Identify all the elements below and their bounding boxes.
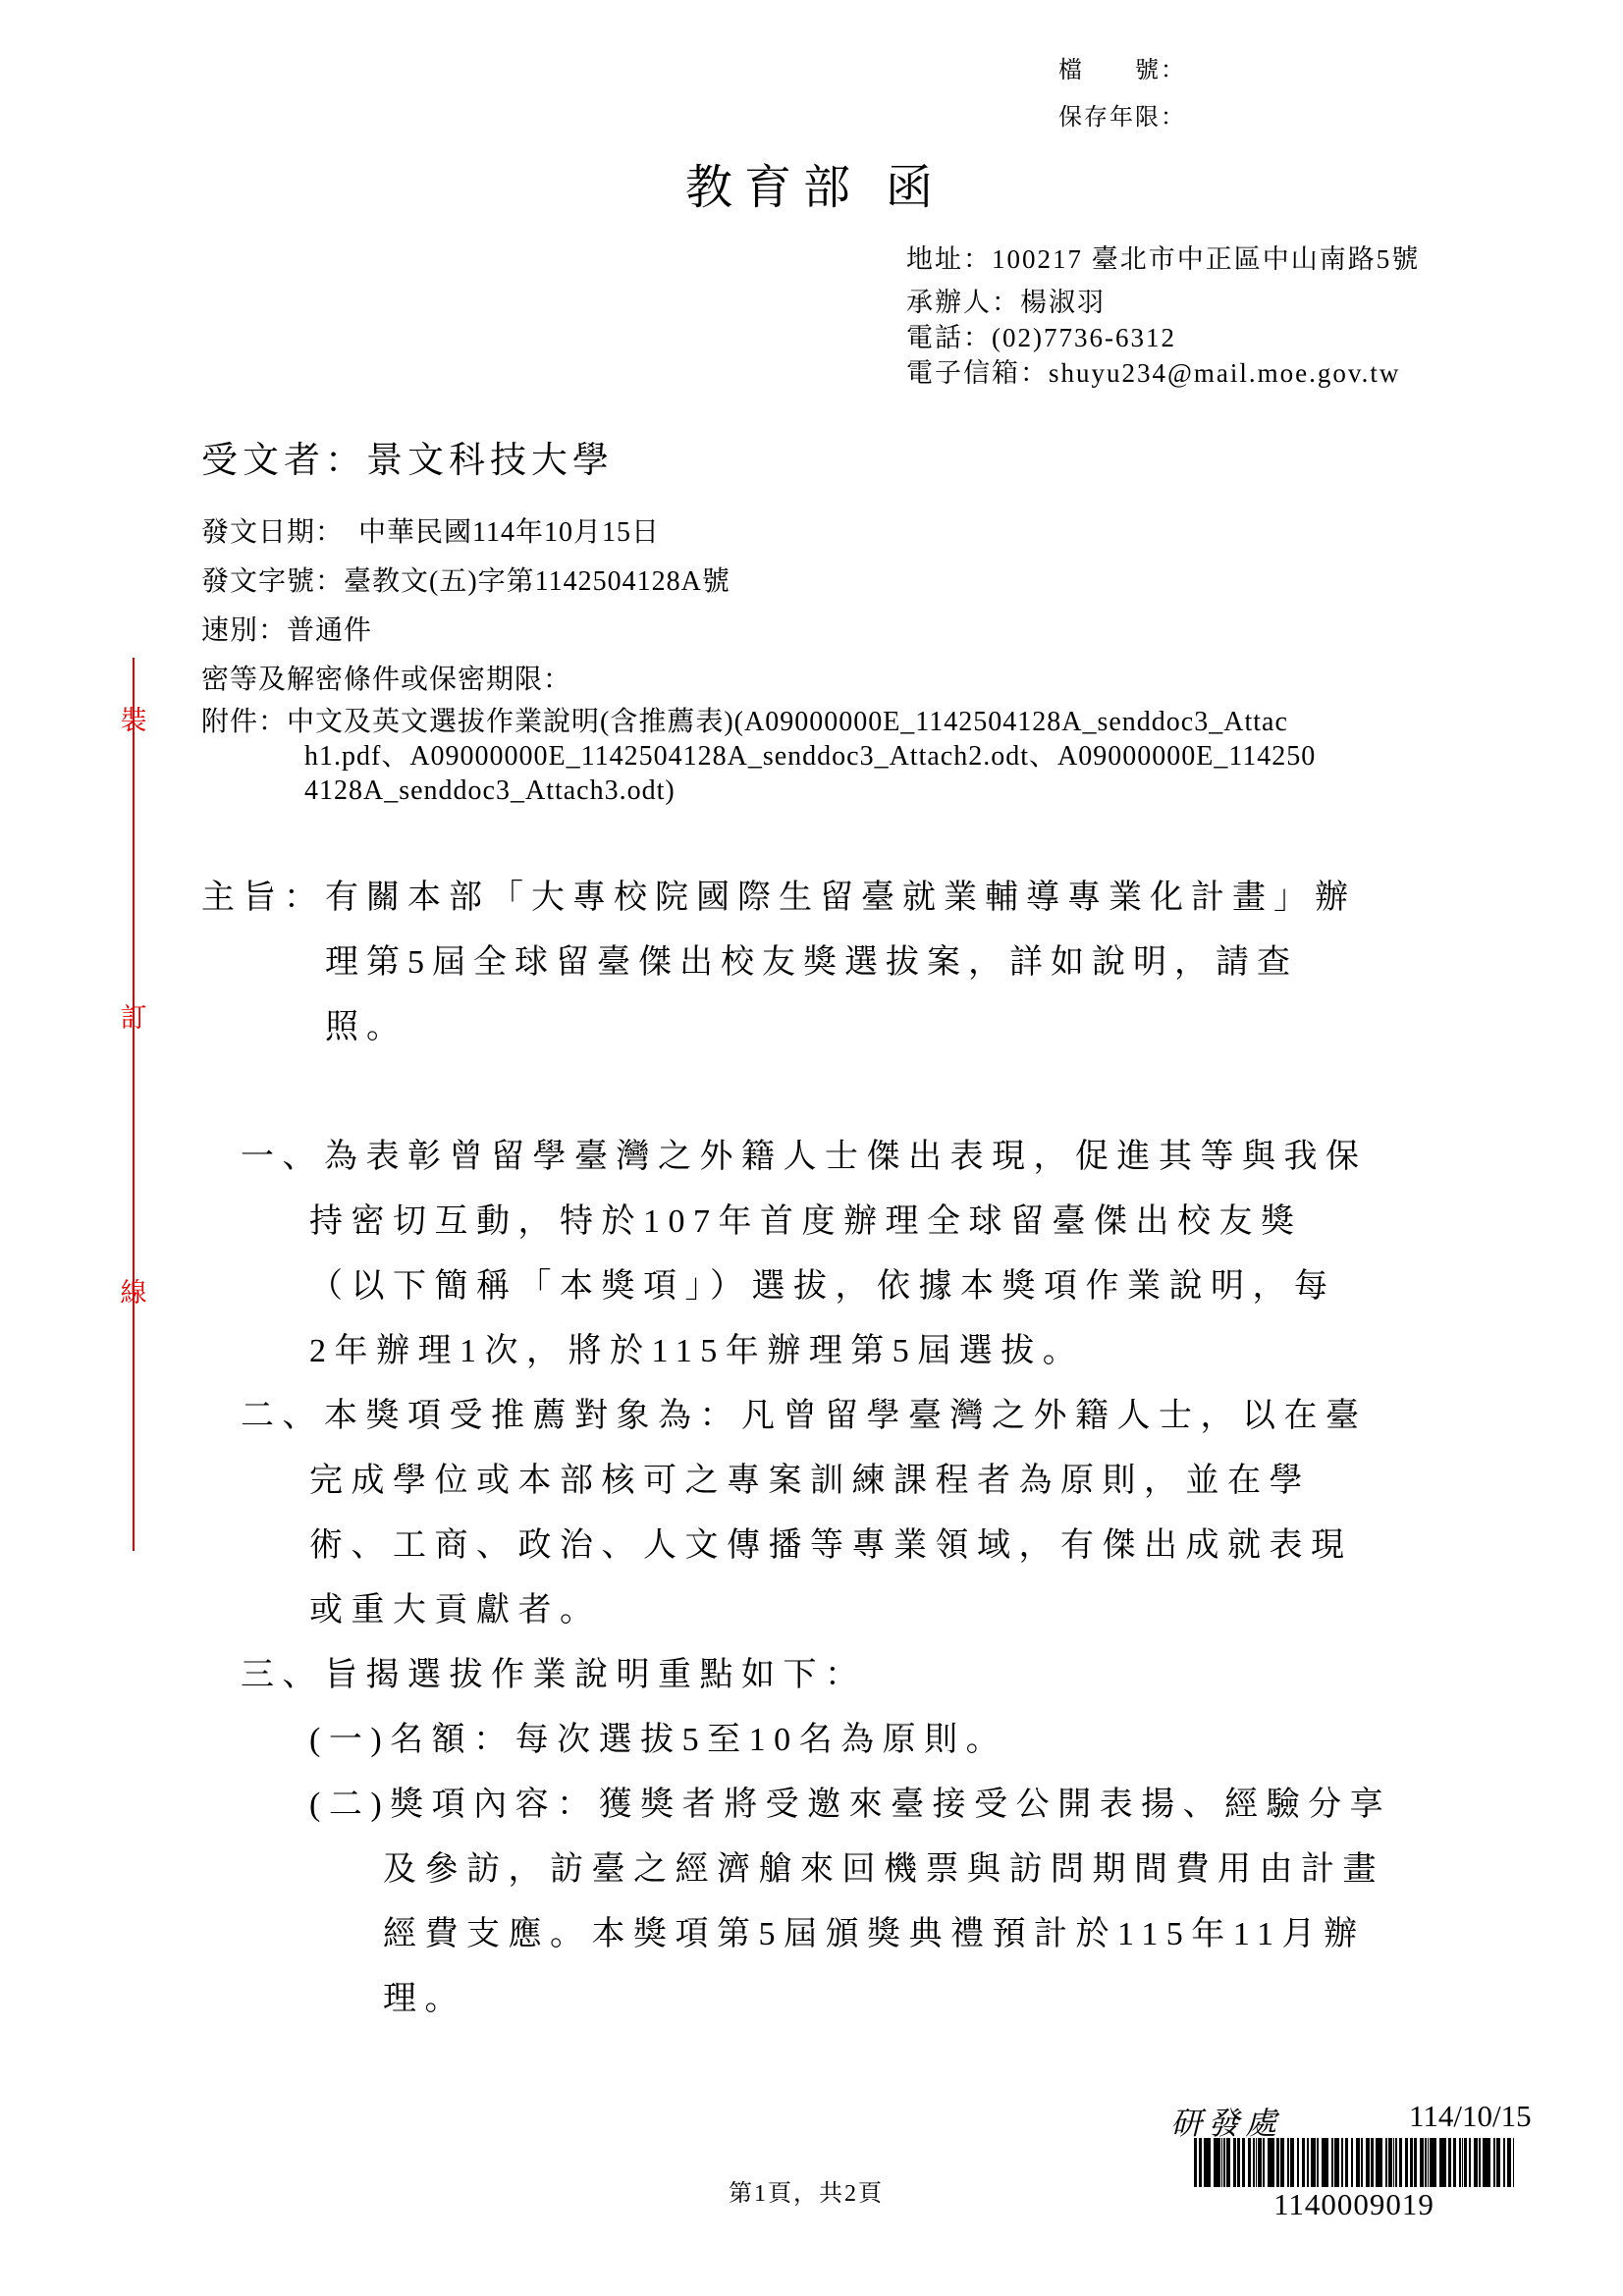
document-number: 發文字號：臺教文(五)字第1142504128A號	[201, 558, 1316, 607]
barcode-number: 1140009019	[1194, 2187, 1514, 2222]
body-line: 一、為表彰曾留學臺灣之外籍人士傑出表現，促進其等與我保	[241, 1125, 1391, 1190]
letter-body: 一、為表彰曾留學臺灣之外籍人士傑出表現，促進其等與我保 持密切互動，特於107年…	[241, 1125, 1391, 2032]
body-line: 持密切互動，特於107年首度辦理全球留臺傑出校友獎	[309, 1190, 1391, 1255]
body-line: 2年辦理1次，將於115年辦理第5屆選拔。	[309, 1319, 1391, 1384]
binding-mark-ding: 訂	[116, 996, 151, 1035]
body-line: 經費支應。本獎項第5屆頒獎典禮預計於115年11月辦	[383, 1902, 1391, 1967]
security-class: 密等及解密條件或保密期限：	[201, 656, 1316, 705]
body-line: 理。	[383, 1967, 1391, 2032]
body-line: (一)名額：每次選拔5至10名為原則。	[309, 1708, 1391, 1773]
sender-address: 地址：100217 臺北市中正區中山南路5號	[906, 241, 1420, 277]
archival-labels: 檔 號： 保存年限：	[1058, 47, 1186, 141]
sender-phone: 電話：(02)7736-6312	[906, 320, 1420, 355]
body-line: 三、旨揭選拔作業說明重點如下：	[241, 1643, 1391, 1708]
binding-mark-xian: 線	[116, 1271, 151, 1309]
retention-period-label: 保存年限：	[1058, 94, 1186, 141]
body-line: 完成學位或本部核可之專案訓練課程者為原則，並在學	[309, 1449, 1391, 1514]
speed-class: 速別：普通件	[201, 607, 1316, 656]
body-line: 及參訪，訪臺之經濟艙來回機票與訪問期間費用由計畫	[383, 1838, 1391, 1902]
sender-contact-person: 承辦人：楊淑羽	[906, 285, 1420, 320]
binding-rule-line	[133, 658, 135, 1551]
attachment-line: 4128A_senddoc3_Attach3.odt)	[304, 774, 1316, 808]
body-line: 或重大貢獻者。	[309, 1578, 1391, 1643]
body-line: 術、工商、政治、人文傳播等專業領域，有傑出成就表現	[309, 1514, 1391, 1578]
recipient-line: 受文者：景文科技大學	[201, 430, 614, 483]
sender-info-block: 地址：100217 臺北市中正區中山南路5號 承辦人：楊淑羽 電話：(02)77…	[906, 241, 1420, 391]
subject-line: 主旨：有關本部「大專校院國際生留臺就業輔導專業化計畫」辦	[201, 866, 1356, 931]
body-line: (二)獎項內容：獲獎者將受邀來臺接受公開表揚、經驗分享	[309, 1773, 1391, 1838]
sender-email: 電子信箱：shuyu234@mail.moe.gov.tw	[906, 355, 1420, 391]
body-line: 二、本獎項受推薦對象為：凡曾留學臺灣之外籍人士，以在臺	[241, 1384, 1391, 1449]
barcode	[1194, 2138, 1514, 2187]
received-date-stamp: 114/10/15	[1409, 2099, 1532, 2134]
attachment-line: h1.pdf、A09000000E_1142504128A_senddoc3_A…	[304, 739, 1316, 774]
subject-line: 照。	[325, 995, 1356, 1060]
document-metadata: 發文日期： 中華民國114年10月15日 發文字號：臺教文(五)字第114250…	[201, 508, 1316, 808]
official-letter-page: 檔 號： 保存年限： 教育部 函 地址：100217 臺北市中正區中山南路5號 …	[0, 0, 1623, 2296]
document-title: 教育部 函	[599, 149, 1031, 217]
attachment-line: 附件：中文及英文選拔作業說明(含推薦表)(A09000000E_11425041…	[201, 705, 1316, 739]
subject-block: 主旨：有關本部「大專校院國際生留臺就業輔導專業化計畫」辦 理第5屆全球留臺傑出校…	[201, 866, 1356, 1060]
page-number-footer: 第1頁，共2頁	[729, 2173, 884, 2208]
issue-date: 發文日期： 中華民國114年10月15日	[201, 508, 1316, 558]
body-line: （以下簡稱「本獎項」）選拔，依據本獎項作業說明，每	[309, 1255, 1391, 1319]
subject-line: 理第5屆全球留臺傑出校友獎選拔案，詳如說明，請查	[325, 931, 1356, 995]
binding-mark-zhuang: 裝	[116, 699, 151, 737]
file-number-label: 檔 號：	[1058, 47, 1186, 94]
